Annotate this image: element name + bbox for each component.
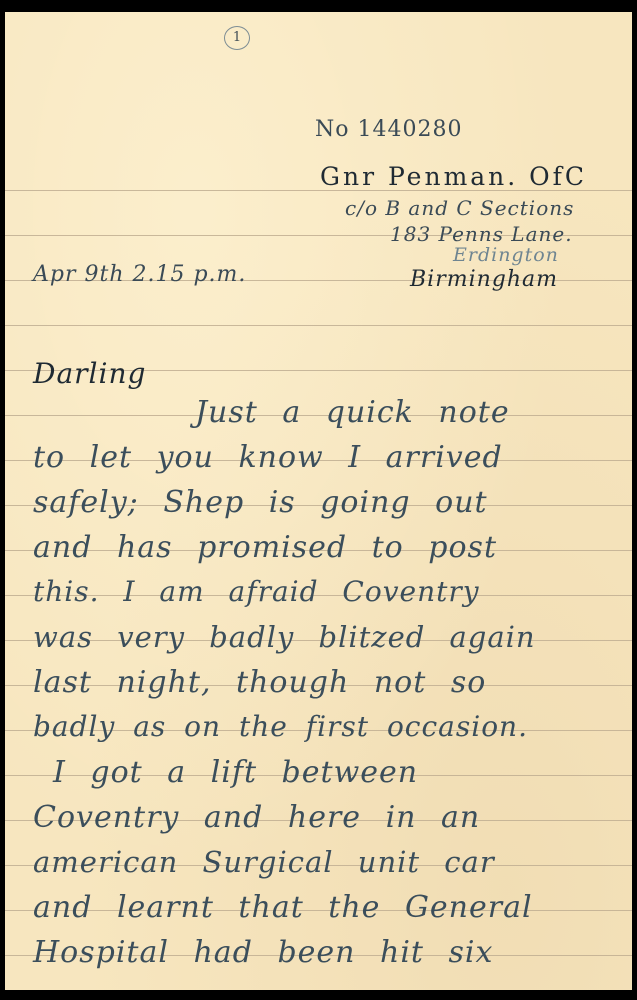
letter-page: 1 No 1440280 Gnr Penman. OfC c/o B and C… xyxy=(5,12,632,990)
date-time: Apr 9th 2.15 p.m. xyxy=(33,262,246,287)
body-line: and has promised to post xyxy=(33,530,497,565)
body-line: badly as on the first occasion. xyxy=(33,710,528,743)
body-line: to let you know I arrived xyxy=(33,440,503,475)
body-line: was very badly blitzed again xyxy=(33,620,536,654)
body-line: and learnt that the General xyxy=(33,890,533,925)
address-line-district: Erdington xyxy=(453,244,559,266)
body-line: this. I am afraid Coventry xyxy=(33,575,480,608)
body-line: Just a quick note xyxy=(195,395,510,430)
body-line: I got a lift between xyxy=(53,755,418,790)
body-line: american Surgical unit car xyxy=(33,845,495,879)
service-number: No 1440280 xyxy=(315,117,462,142)
page-number: 1 xyxy=(224,26,250,50)
body-line: Coventry and here in an xyxy=(33,800,480,835)
ruled-line xyxy=(5,325,632,326)
body-line: last night, though not so xyxy=(33,665,486,700)
address-line-sections: c/o B and C Sections xyxy=(345,196,574,220)
address-line-name: Gnr Penman. OfC xyxy=(320,162,587,191)
address-line-city: Birmingham xyxy=(410,267,558,292)
body-line: safely; Shep is going out xyxy=(33,485,488,520)
body-line: Hospital had been hit six xyxy=(33,935,493,970)
salutation: Darling xyxy=(33,357,146,390)
address-line-street: 183 Penns Lane. xyxy=(390,222,573,246)
